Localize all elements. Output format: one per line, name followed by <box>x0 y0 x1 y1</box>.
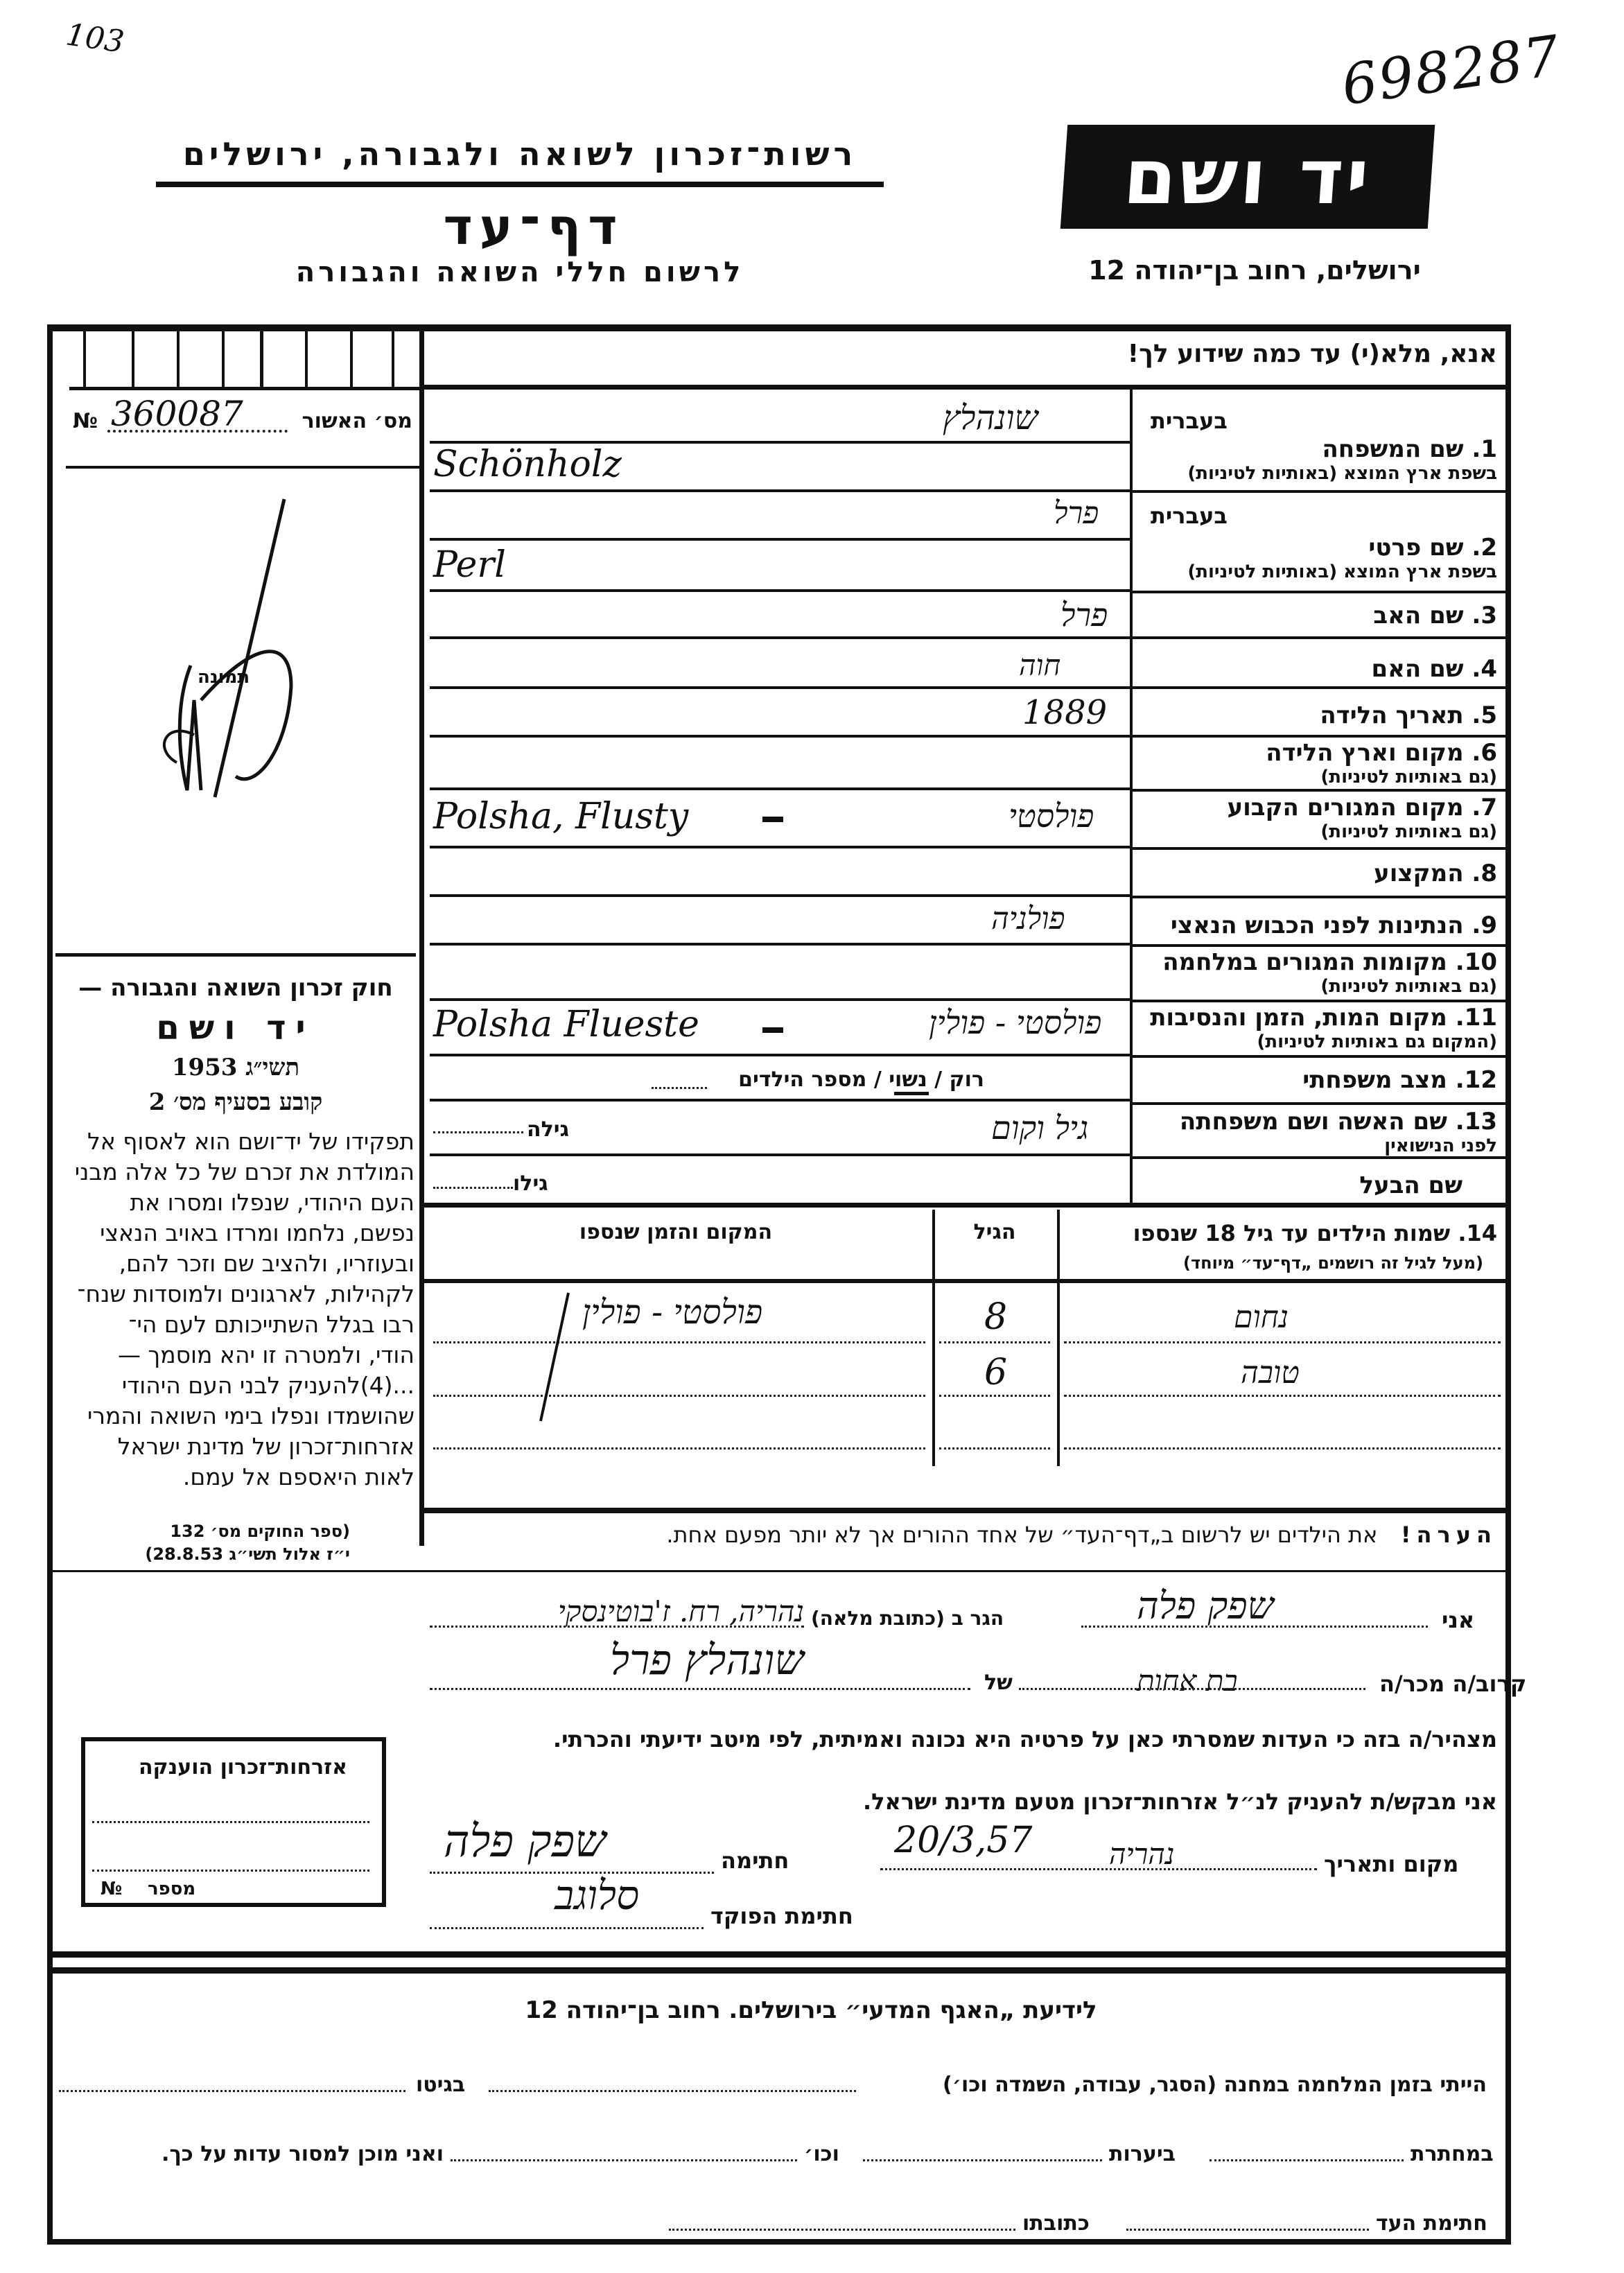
field-6-label: 6. מקום וארץ הלידה (גם באותיות לטיניות) <box>1144 739 1497 787</box>
husband-age-label: גילו <box>513 1172 548 1196</box>
approval-number-value[interactable]: 360087 <box>111 394 243 434</box>
husband-age-input[interactable] <box>433 1187 513 1189</box>
date-value[interactable]: 20/3,57 <box>894 1820 1032 1861</box>
field-1-hebrew-value[interactable]: שונהלץ <box>943 399 1038 437</box>
field-2-num: 2. <box>1472 534 1497 561</box>
child-name[interactable] <box>1064 1402 1494 1443</box>
children-header: 14. שמות הילדים עד גיל 18 שנספו <box>1067 1220 1497 1246</box>
etc-label: וכו׳ <box>804 2142 839 2166</box>
signature-label: חתימה <box>721 1847 789 1874</box>
ghetto-label: בגיטו <box>416 2073 465 2097</box>
underground-input[interactable] <box>1210 2159 1404 2161</box>
place-date-label: מקום ותאריך <box>1324 1851 1458 1877</box>
field-5-value[interactable]: 1889 <box>1022 693 1107 732</box>
officer-signature-label: חתימת הפוקד <box>710 1903 853 1929</box>
field-10-value[interactable] <box>433 947 1126 995</box>
field-1-title: שם המשפחה <box>1322 435 1463 463</box>
law-reference: (ספר החוקים מס׳ 132 <box>59 1522 350 1541</box>
child-name[interactable]: טובה <box>1241 1355 1300 1391</box>
children-subheader: (מעל לגיל זה רושמים „דף־עד״ מיוחד) <box>1067 1253 1483 1273</box>
selected-married-underline <box>894 1092 929 1095</box>
marital-status-options[interactable]: רוק / נשוי / מספר הילדים <box>693 1068 984 1092</box>
photo-area: תמונה <box>55 471 416 950</box>
field-5-label: 5. תאריך הלידה <box>1144 702 1497 729</box>
relative-label: קרוב/ה מכר/ה <box>1379 1671 1526 1697</box>
relation-value[interactable]: בת אחות <box>1137 1664 1238 1698</box>
field-12-label: 12. מצב משפחתי <box>1144 1066 1497 1094</box>
child-place[interactable]: פולסטי - פולין <box>582 1293 762 1332</box>
page-number: 103 <box>64 17 126 60</box>
citizenship-line[interactable] <box>92 1870 369 1872</box>
forests-label: ביערות <box>1109 2142 1176 2166</box>
note-text: את הילדים יש לרשום ב„דף־העד״ של אחד ההור… <box>666 1522 1377 1548</box>
field-8-label: 8. המקצוע <box>1144 860 1497 887</box>
witness-signature-label: חתימת העד <box>1376 2211 1487 2236</box>
citizenship-line[interactable] <box>92 1821 369 1823</box>
tick-mark <box>177 331 180 387</box>
tick-mark <box>83 331 86 387</box>
tick-mark <box>132 331 134 387</box>
dash-icon <box>762 1027 783 1033</box>
deceased-name[interactable]: שונהלץ פרל <box>610 1636 804 1684</box>
child-name[interactable]: נחום <box>1234 1300 1289 1335</box>
sidebar-divider <box>419 326 424 1546</box>
instruction-text: אנא, מלא(י) עד כמה שידוע לך! <box>437 340 1497 368</box>
number-sign: № <box>73 409 98 433</box>
field-6-value[interactable] <box>433 740 1126 783</box>
ghetto-input[interactable] <box>59 2090 405 2092</box>
field-10-label: 10. מקומות המגורים במלחמה (גם באותיות לט… <box>1144 948 1497 997</box>
husband-name-label: שם הבעל <box>1144 1172 1463 1199</box>
of-label: של <box>984 1671 1013 1695</box>
declaration-statement: מצהיר/ה בזה כי העדות שמסרתי כאן על פרטיה… <box>430 1726 1497 1752</box>
child-place[interactable] <box>433 1348 918 1383</box>
field-7-latin-value[interactable]: Polsha, Flusty <box>433 796 688 837</box>
field-11-latin-value[interactable]: Polsha Flueste <box>433 1004 699 1045</box>
law-text: תפקידו של יד־ושם הוא לאסוף אל המולדת את … <box>54 1126 418 1492</box>
tick-mark <box>350 331 353 387</box>
organization-name: רשות־זכרון לשואה ולגבורה, ירושלים <box>152 135 887 173</box>
citizenship-number-label: מספר <box>148 1879 195 1899</box>
willing-to-testify: ואני מוכן למסור עדות על כך. <box>55 2142 444 2166</box>
photo-label: תמונה <box>198 667 250 688</box>
field-13-wife-value[interactable]: גיל וקום <box>991 1109 1088 1147</box>
form-subtitle: לרשום חללי השואה והגבורה <box>229 256 811 288</box>
field-3-label: 3. שם האב <box>1144 602 1497 629</box>
field-11-hebrew-value[interactable]: פולסטי - פולין <box>929 1004 1101 1041</box>
col-age-header: הגיל <box>943 1220 1047 1244</box>
col-place-header: המקום והזמן שנספו <box>430 1220 922 1244</box>
field-2-hebrew-label: בעברית <box>1144 503 1497 529</box>
camp-input[interactable] <box>489 2090 856 2092</box>
yad-vashem-logo: יד ושם <box>1060 125 1435 229</box>
field-9-value[interactable]: פולניה <box>991 901 1065 937</box>
field-4-value[interactable]: חוה <box>1019 648 1060 683</box>
tick-base <box>69 387 423 390</box>
law-title: חוק זכרון השואה והגבורה — <box>55 974 416 1002</box>
field-2-latin-value[interactable]: Perl <box>433 544 506 586</box>
tick-mark <box>305 331 308 387</box>
resides-label: הגר ב (כתובת מלאה) <box>811 1607 1004 1630</box>
field-4-label: 4. שם האם <box>1144 655 1497 683</box>
declarant-name[interactable]: שפק פלה <box>1137 1584 1274 1628</box>
witness-signature-input[interactable] <box>1126 2229 1369 2231</box>
child-age[interactable]: 6 <box>984 1352 1007 1393</box>
address: ירושלים, רחוב בן־יהודה 12 <box>1071 255 1438 286</box>
witness-address-input[interactable] <box>669 2229 1015 2231</box>
field-9-label: 9. הנתינות לפני הכבוש הנאצי <box>1144 912 1497 939</box>
field-13-label: 13. שם האשה ושם משפחתה לפני הנישואין <box>1144 1108 1497 1156</box>
field-3-value[interactable]: פרל <box>1060 596 1108 634</box>
field-7-label: 7. מקום המגורים הקבוע (גם באותיות לטיניו… <box>1144 794 1497 842</box>
citizenship-title: אזרחות־זכרון הוענקה <box>139 1755 347 1779</box>
note-label: הערה! <box>1401 1522 1497 1548</box>
field-1-sub: בשפת ארץ המוצא (באותיות לטיניות) <box>1144 463 1497 484</box>
signature-scribble-icon <box>55 471 416 950</box>
underground-label: במחתרת <box>1411 2142 1494 2166</box>
field-2-sub: בשפת ארץ המוצא (באותיות לטיניות) <box>1144 561 1497 582</box>
field-11-label: 11. מקום המות, הזמן והנסיבות (המקום גם ב… <box>1144 1004 1497 1052</box>
wife-age-label: גילה <box>527 1117 569 1142</box>
field-2-title: שם פרטי <box>1368 534 1463 561</box>
child-age[interactable]: 8 <box>984 1296 1007 1338</box>
wife-age-input[interactable] <box>433 1131 523 1133</box>
declarant-address[interactable]: נהריה, רח. ז'בוטינסקי <box>430 1594 804 1629</box>
field-1-latin-value[interactable]: Schönholz <box>433 444 622 485</box>
citizenship-request: אני מבקש/ת להעניק לנ״ל אזרחות־זכרון מטעם… <box>624 1788 1497 1815</box>
field-1-num: 1. <box>1472 435 1497 463</box>
archive-number: 698287 <box>1338 23 1564 117</box>
field-7-hebrew-value[interactable]: פולסטי <box>1009 797 1094 835</box>
declarant-signature[interactable]: שפק פלה <box>444 1816 606 1867</box>
tick-mark <box>222 331 225 387</box>
note: הערה! את הילדים יש לרשום ב„דף־העד״ של אח… <box>444 1522 1497 1548</box>
field-1-label: בעברית <box>1144 408 1497 434</box>
tick-mark <box>260 331 263 387</box>
child-name[interactable] <box>1064 1452 1494 1466</box>
form-title: דף־עד <box>388 198 679 256</box>
law-name: יד ושם <box>55 1009 416 1047</box>
forests-input[interactable] <box>863 2159 1102 2161</box>
citizenship-box: אזרחות־זכרון הוענקה מספר № <box>81 1737 386 1907</box>
law-section: קובע בסעיף מס׳ 2 <box>55 1088 416 1116</box>
label-divider <box>1130 388 1133 1206</box>
camp-label: הייתי בזמן המלחמה במחנה (הסגר, עבודה, הש… <box>863 2073 1487 2097</box>
law-year: תשי״ג 1953 <box>55 1054 416 1081</box>
field-2-hebrew-value[interactable]: פרל <box>1054 496 1099 531</box>
etc-input[interactable] <box>451 2159 797 2161</box>
footer-title: לידיעת „האגף המדעי״ בירושלים. רחוב בן־יה… <box>430 1996 1192 2024</box>
tick-mark <box>392 331 394 387</box>
header-divider <box>156 182 884 187</box>
officer-signature[interactable]: סלוגב <box>555 1872 639 1919</box>
i-label: אני <box>1442 1607 1474 1633</box>
witness-address-label: כתובתו <box>1022 2211 1090 2236</box>
approval-number-row: מס׳ האשור № 360087 <box>73 402 412 437</box>
dash-icon <box>762 817 783 822</box>
field-8-value[interactable] <box>433 850 1126 891</box>
approval-label: מס׳ האשור <box>302 409 412 433</box>
place-value[interactable]: נהריה <box>1109 1837 1175 1872</box>
law-reference-date: י״ז אלול תשי״ג 28.8.53) <box>59 1544 350 1564</box>
number-sign: № <box>101 1879 122 1899</box>
pen-stroke-icon <box>527 1289 582 1428</box>
